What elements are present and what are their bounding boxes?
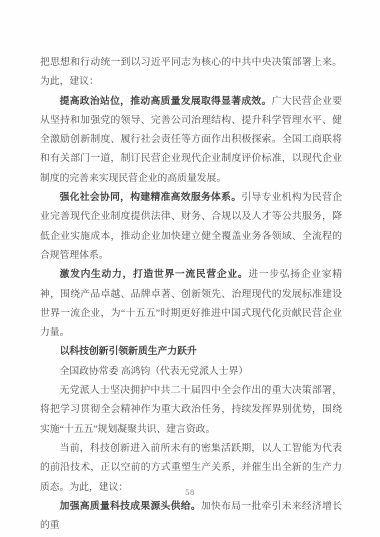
paragraph-point-internal-motivation: 激发内生动力，打造世界一流民营企业。进一步弘扬企业家精神，围绕产品卓越、品牌卓著… bbox=[40, 265, 342, 342]
paragraph-point-social-coordination: 强化社会协同，构建精准高效服务体系。引导专业机构为民营企业完善现代企业制度提供法… bbox=[40, 188, 342, 265]
speech-paragraph-endorsement: 无党派人士坚决拥护中共二十届四中全会作出的重大决策部署，将把学习贯彻全会精神作为… bbox=[40, 381, 342, 439]
paragraph-point-political-position: 提高政治站位，推动高质量发展取得显著成效。广大民营企业要从坚持和加强党的领导、完… bbox=[40, 92, 342, 188]
point-lead-text: 激发内生动力，打造世界一流民营企业。 bbox=[60, 269, 249, 280]
speech-title: 以科技创新引领新质生产力跃升 bbox=[40, 342, 342, 361]
page-text-block: 把思想和行动统一到以习近平同志为核心的中共中央决策部署上来。为此，建议： 提高政… bbox=[40, 53, 342, 535]
point-body-text: 广大民营企业要从坚持和加强党的领导、完善公司治理结构、提升科学管理水平、健全激励… bbox=[40, 96, 342, 184]
point-lead-text: 提高政治站位，推动高质量发展取得显著成效。 bbox=[60, 96, 272, 107]
page-number: 58 bbox=[0, 487, 380, 497]
speech-speaker: 全国政协常委 高鸿钧（代表无党派人士界） bbox=[40, 362, 342, 381]
document-page: 把思想和行动统一到以习近平同志为核心的中共中央决策部署上来。为此，建议： 提高政… bbox=[0, 0, 380, 537]
point-lead-text: 加强高质量科技成果源头供给。 bbox=[60, 501, 201, 512]
paragraph-continuation: 把思想和行动统一到以习近平同志为核心的中共中央决策部署上来。为此，建议： bbox=[40, 53, 342, 92]
point-lead-text: 强化社会协同，构建精准高效服务体系。 bbox=[60, 192, 242, 203]
speech-paragraph-point-supply: 加强高质量科技成果源头供给。加快布局一批牵引未来经济增长的重 bbox=[40, 497, 342, 536]
